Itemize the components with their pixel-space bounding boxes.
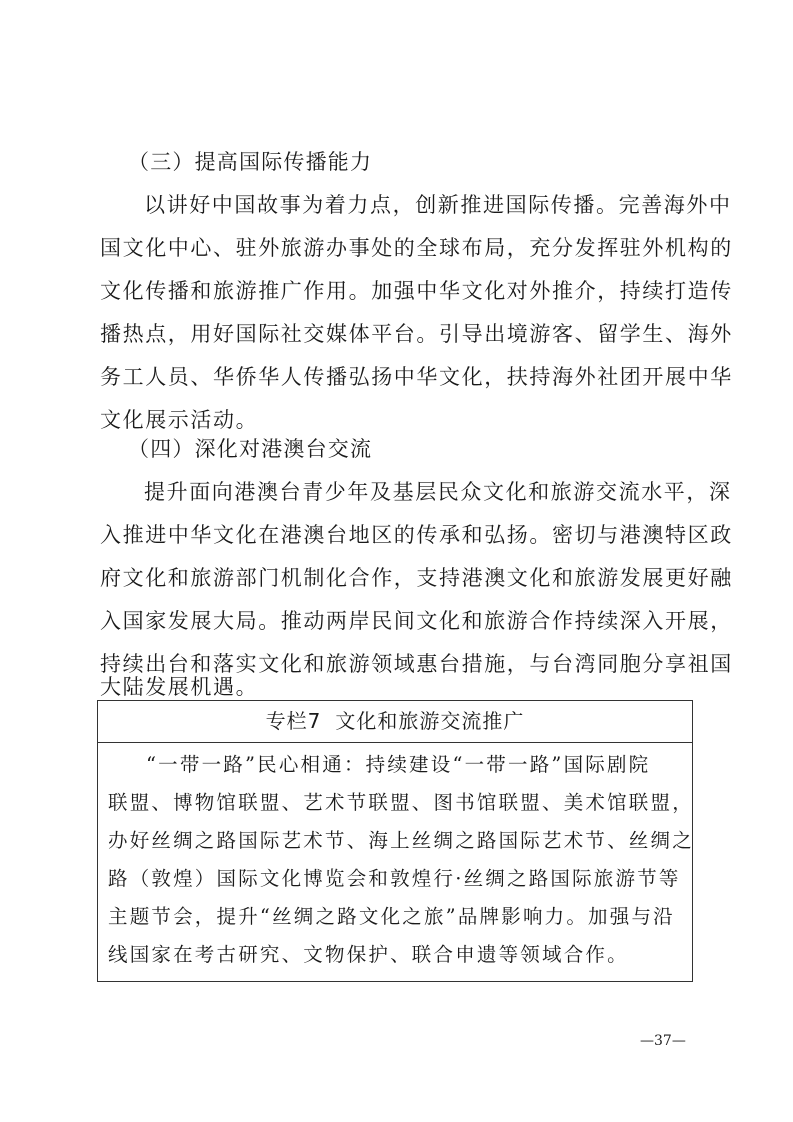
box-title: 文化和旅游交流推广 [335, 709, 524, 733]
paragraph-line: 提升面向港澳台青少年及基层民众文化和旅游交流水平，深 [144, 477, 744, 507]
box-label: 专栏 [266, 709, 308, 733]
paragraph-line: 文化传播和旅游推广作用。加强中华文化对外推介，持续打造传 [100, 276, 700, 306]
paragraph-line: 国文化中心、驻外旅游办事处的全球布局，充分发挥驻外机构的 [100, 233, 700, 263]
paragraph-line: 大陆发展机遇。 [100, 672, 700, 702]
paragraph-line: 播热点，用好国际社交媒体平台。引导出境游客、留学生、海外 [100, 319, 700, 349]
paragraph-line: 府文化和旅游部门机制化合作，支持港澳文化和旅游发展更好融 [100, 563, 700, 593]
box-text-line: 主题节会，提升“丝绸之路文化之旅”品牌影响力。加强与沿 [108, 903, 688, 931]
paragraph-line: 务工人员、华侨华人传播弘扬中华文化，扶持海外社团开展中华 [100, 362, 700, 392]
paragraph-line: 文化展示活动。 [100, 405, 700, 435]
page-number: —37— [640, 1032, 686, 1050]
section-heading: （三）提高国际传播能力 [128, 147, 728, 177]
box-text-line: 路（敦煌）国际文化博览会和敦煌行·丝绸之路国际旅游节等 [108, 865, 688, 893]
box-text-line: 线国家在考古研究、文物保护、联合申遗等领域合作。 [108, 941, 688, 969]
document-page: （三）提高国际传播能力 以讲好中国故事为着力点，创新推进国际传播。完善海外中 国… [0, 0, 793, 1122]
box-header: 专栏7文化和旅游交流推广 [98, 701, 692, 743]
section-heading: （四）深化对港澳台交流 [128, 434, 728, 464]
box-text-line: “一带一路”民心相通：持续建设“一带一路”国际剧院 [146, 751, 726, 779]
paragraph-line: 入国家发展大局。推动两岸民间文化和旅游合作持续深入开展， [100, 606, 700, 636]
box-number: 7 [308, 709, 322, 733]
paragraph-line: 入推进中华文化在港澳台地区的传承和弘扬。密切与港澳特区政 [100, 520, 700, 550]
paragraph-line: 以讲好中国故事为着力点，创新推进国际传播。完善海外中 [144, 190, 744, 220]
feature-box: 专栏7文化和旅游交流推广 “一带一路”民心相通：持续建设“一带一路”国际剧院 联… [97, 700, 693, 982]
box-text-line: 办好丝绸之路国际艺术节、海上丝绸之路国际艺术节、丝绸之 [108, 827, 688, 855]
box-text-line: 联盟、博物馆联盟、艺术节联盟、图书馆联盟、美术馆联盟， [108, 789, 688, 817]
